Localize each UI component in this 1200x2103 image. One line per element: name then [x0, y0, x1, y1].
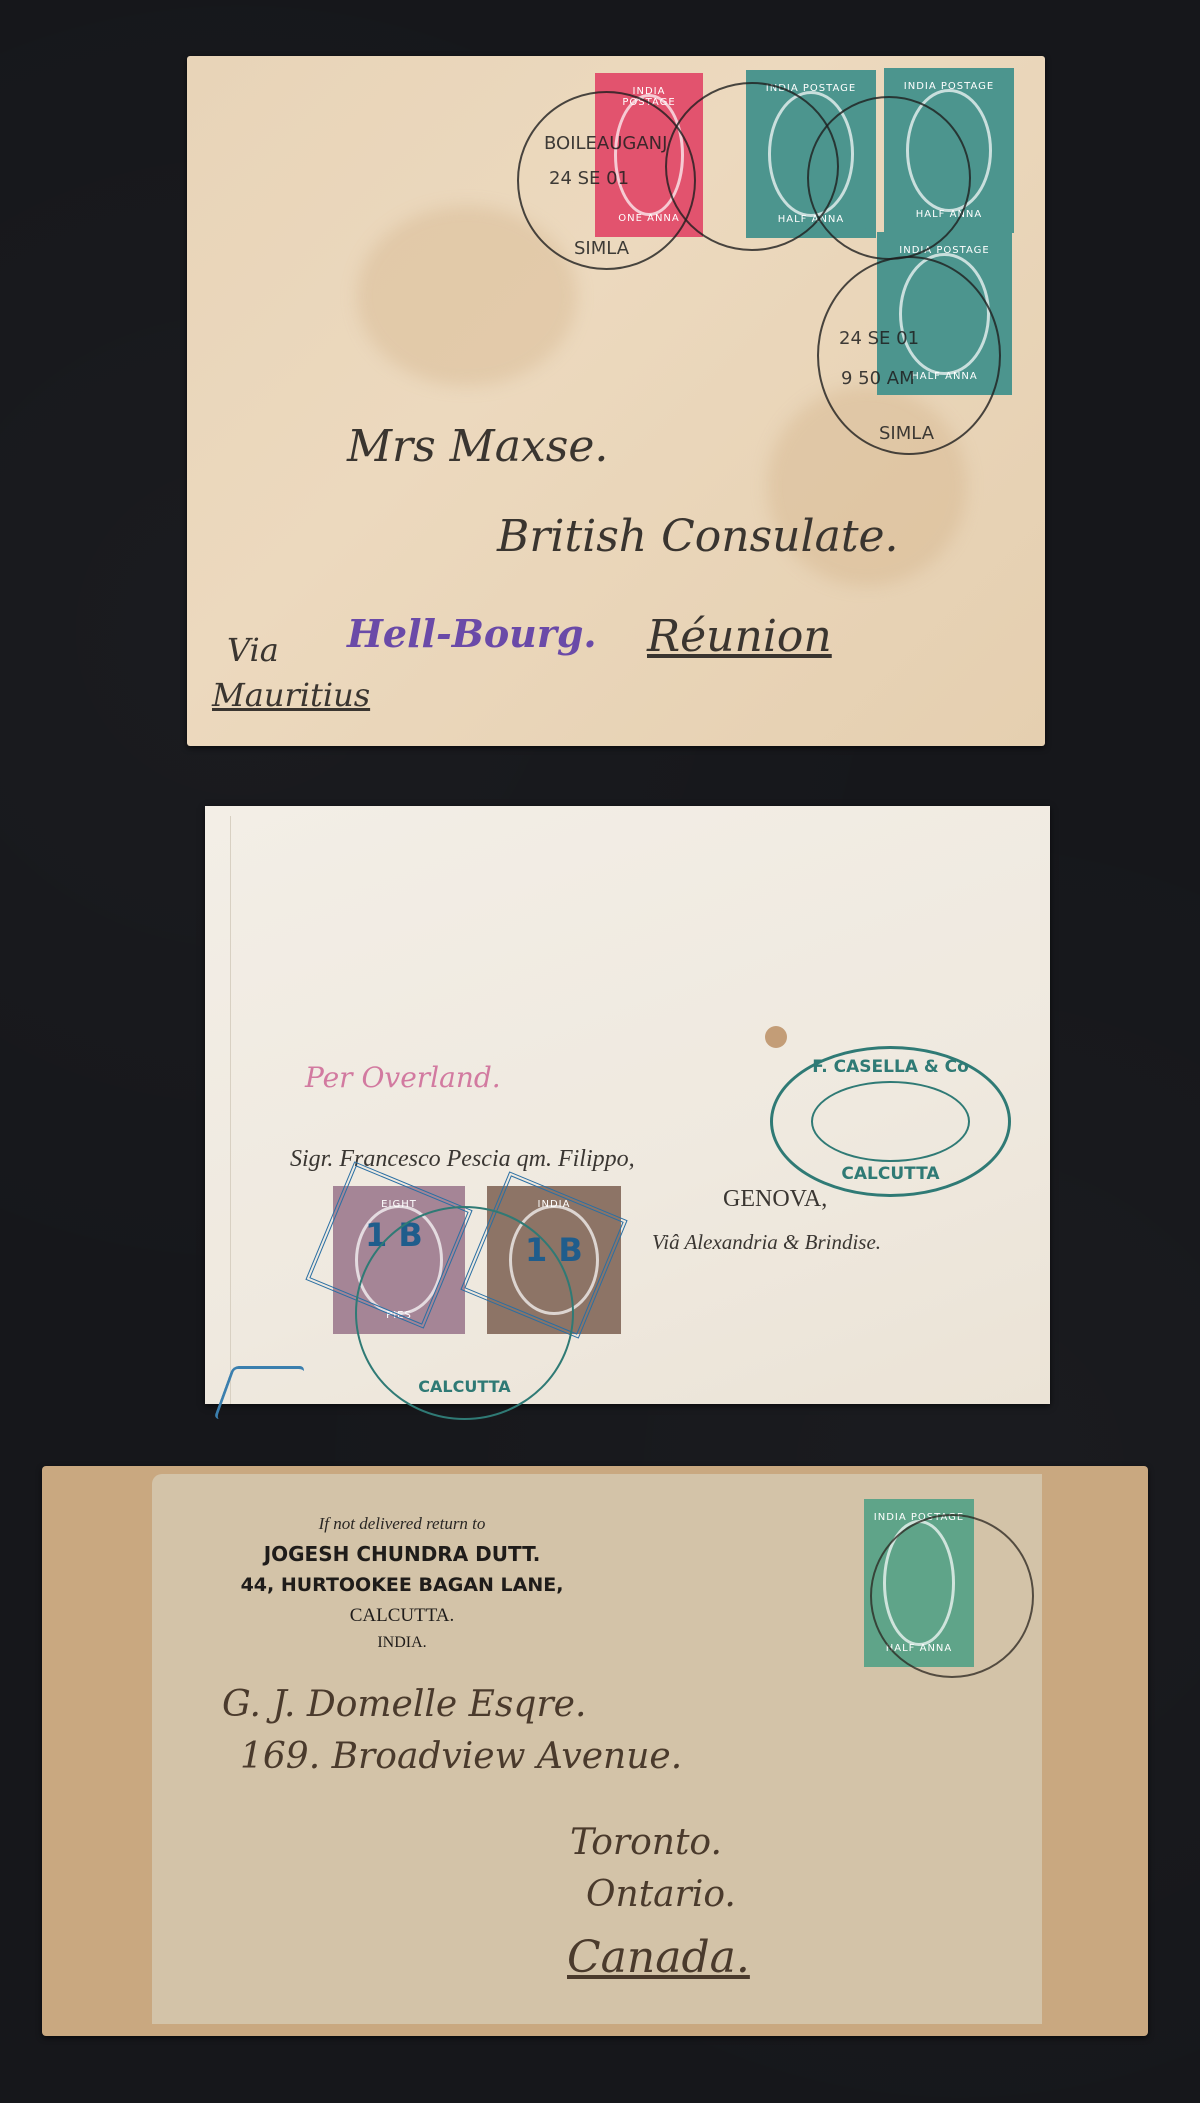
stamp-header: INDIA POSTAGE [893, 81, 1005, 92]
postmark-boileauganj: 24 SE 01 9 50 AM SIMLA [817, 256, 1001, 455]
cover-calcutta-to-genova: Per Overland. F. CASELLA & Co CALCUTTA S… [205, 806, 1050, 1404]
city-genova: GENOVA, [723, 1186, 827, 1213]
postmark-town: SIMLA [879, 423, 934, 444]
seal-inner-oval [811, 1081, 971, 1162]
postmark-date: 24 SE 01 [549, 168, 629, 189]
addressee-name: G. J. Domelle Esqre. [222, 1684, 586, 1725]
return-street: 44, HURTOOKEE BAGAN LANE, [212, 1574, 592, 1596]
return-notice-label: If not delivered return to [222, 1514, 582, 1534]
return-country: INDIA. [222, 1634, 582, 1652]
brown-spot [765, 1026, 787, 1048]
calcutta-gpo-postmark [870, 1514, 1034, 1678]
addressee-city: Toronto. [570, 1822, 722, 1863]
postmark-date: 24 SE 01 [839, 328, 919, 349]
routing-via: Via [227, 631, 279, 669]
cover-front-panel: If not delivered return to JOGESH CHUNDR… [152, 1474, 1042, 2024]
fold-line [230, 816, 231, 1404]
addressee-name: Mrs Maxse. [347, 421, 608, 472]
postmark-office: BOILEAUGANJ [544, 133, 667, 154]
postmark-boileauganj [807, 96, 971, 260]
casella-company-seal: F. CASELLA & Co CALCUTTA [770, 1046, 1011, 1197]
postmark-town: SIMLA [574, 238, 629, 259]
addressee-province: Ontario. [586, 1874, 736, 1915]
cover-calcutta-to-toronto: If not delivered return to JOGESH CHUNDR… [42, 1466, 1148, 2036]
return-city: CALCUTTA. [222, 1605, 582, 1627]
route-alexandria-brindise: Viâ Alexandria & Brindise. [652, 1230, 881, 1255]
routing-mauritius: Mauritius [212, 676, 370, 714]
addressee-name: Sigr. Francesco Pescia qm. Filippo, [290, 1146, 635, 1173]
per-overland-manuscript: Per Overland. [305, 1061, 501, 1094]
addressee-country: Canada. [567, 1932, 750, 1983]
return-sender-name: JOGESH CHUNDRA DUTT. [222, 1542, 582, 1566]
postmark-time: 9 50 AM [841, 368, 915, 389]
calcutta-cds: CALCUTTA [355, 1206, 574, 1420]
cds-town: CALCUTTA [357, 1377, 572, 1396]
seal-company: F. CASELLA & Co [773, 1057, 1008, 1077]
violet-hell-bourg: Hell-Bourg. [347, 611, 597, 656]
addressee-line3: Réunion [647, 611, 832, 662]
addressee-line2: British Consulate. [497, 511, 899, 562]
cover-simla-to-reunion: INDIA POSTAGE ONE ANNA INDIA POSTAGE HAL… [187, 56, 1045, 746]
addressee-street: 169. Broadview Avenue. [240, 1736, 682, 1777]
seal-city: CALCUTTA [773, 1164, 1008, 1184]
